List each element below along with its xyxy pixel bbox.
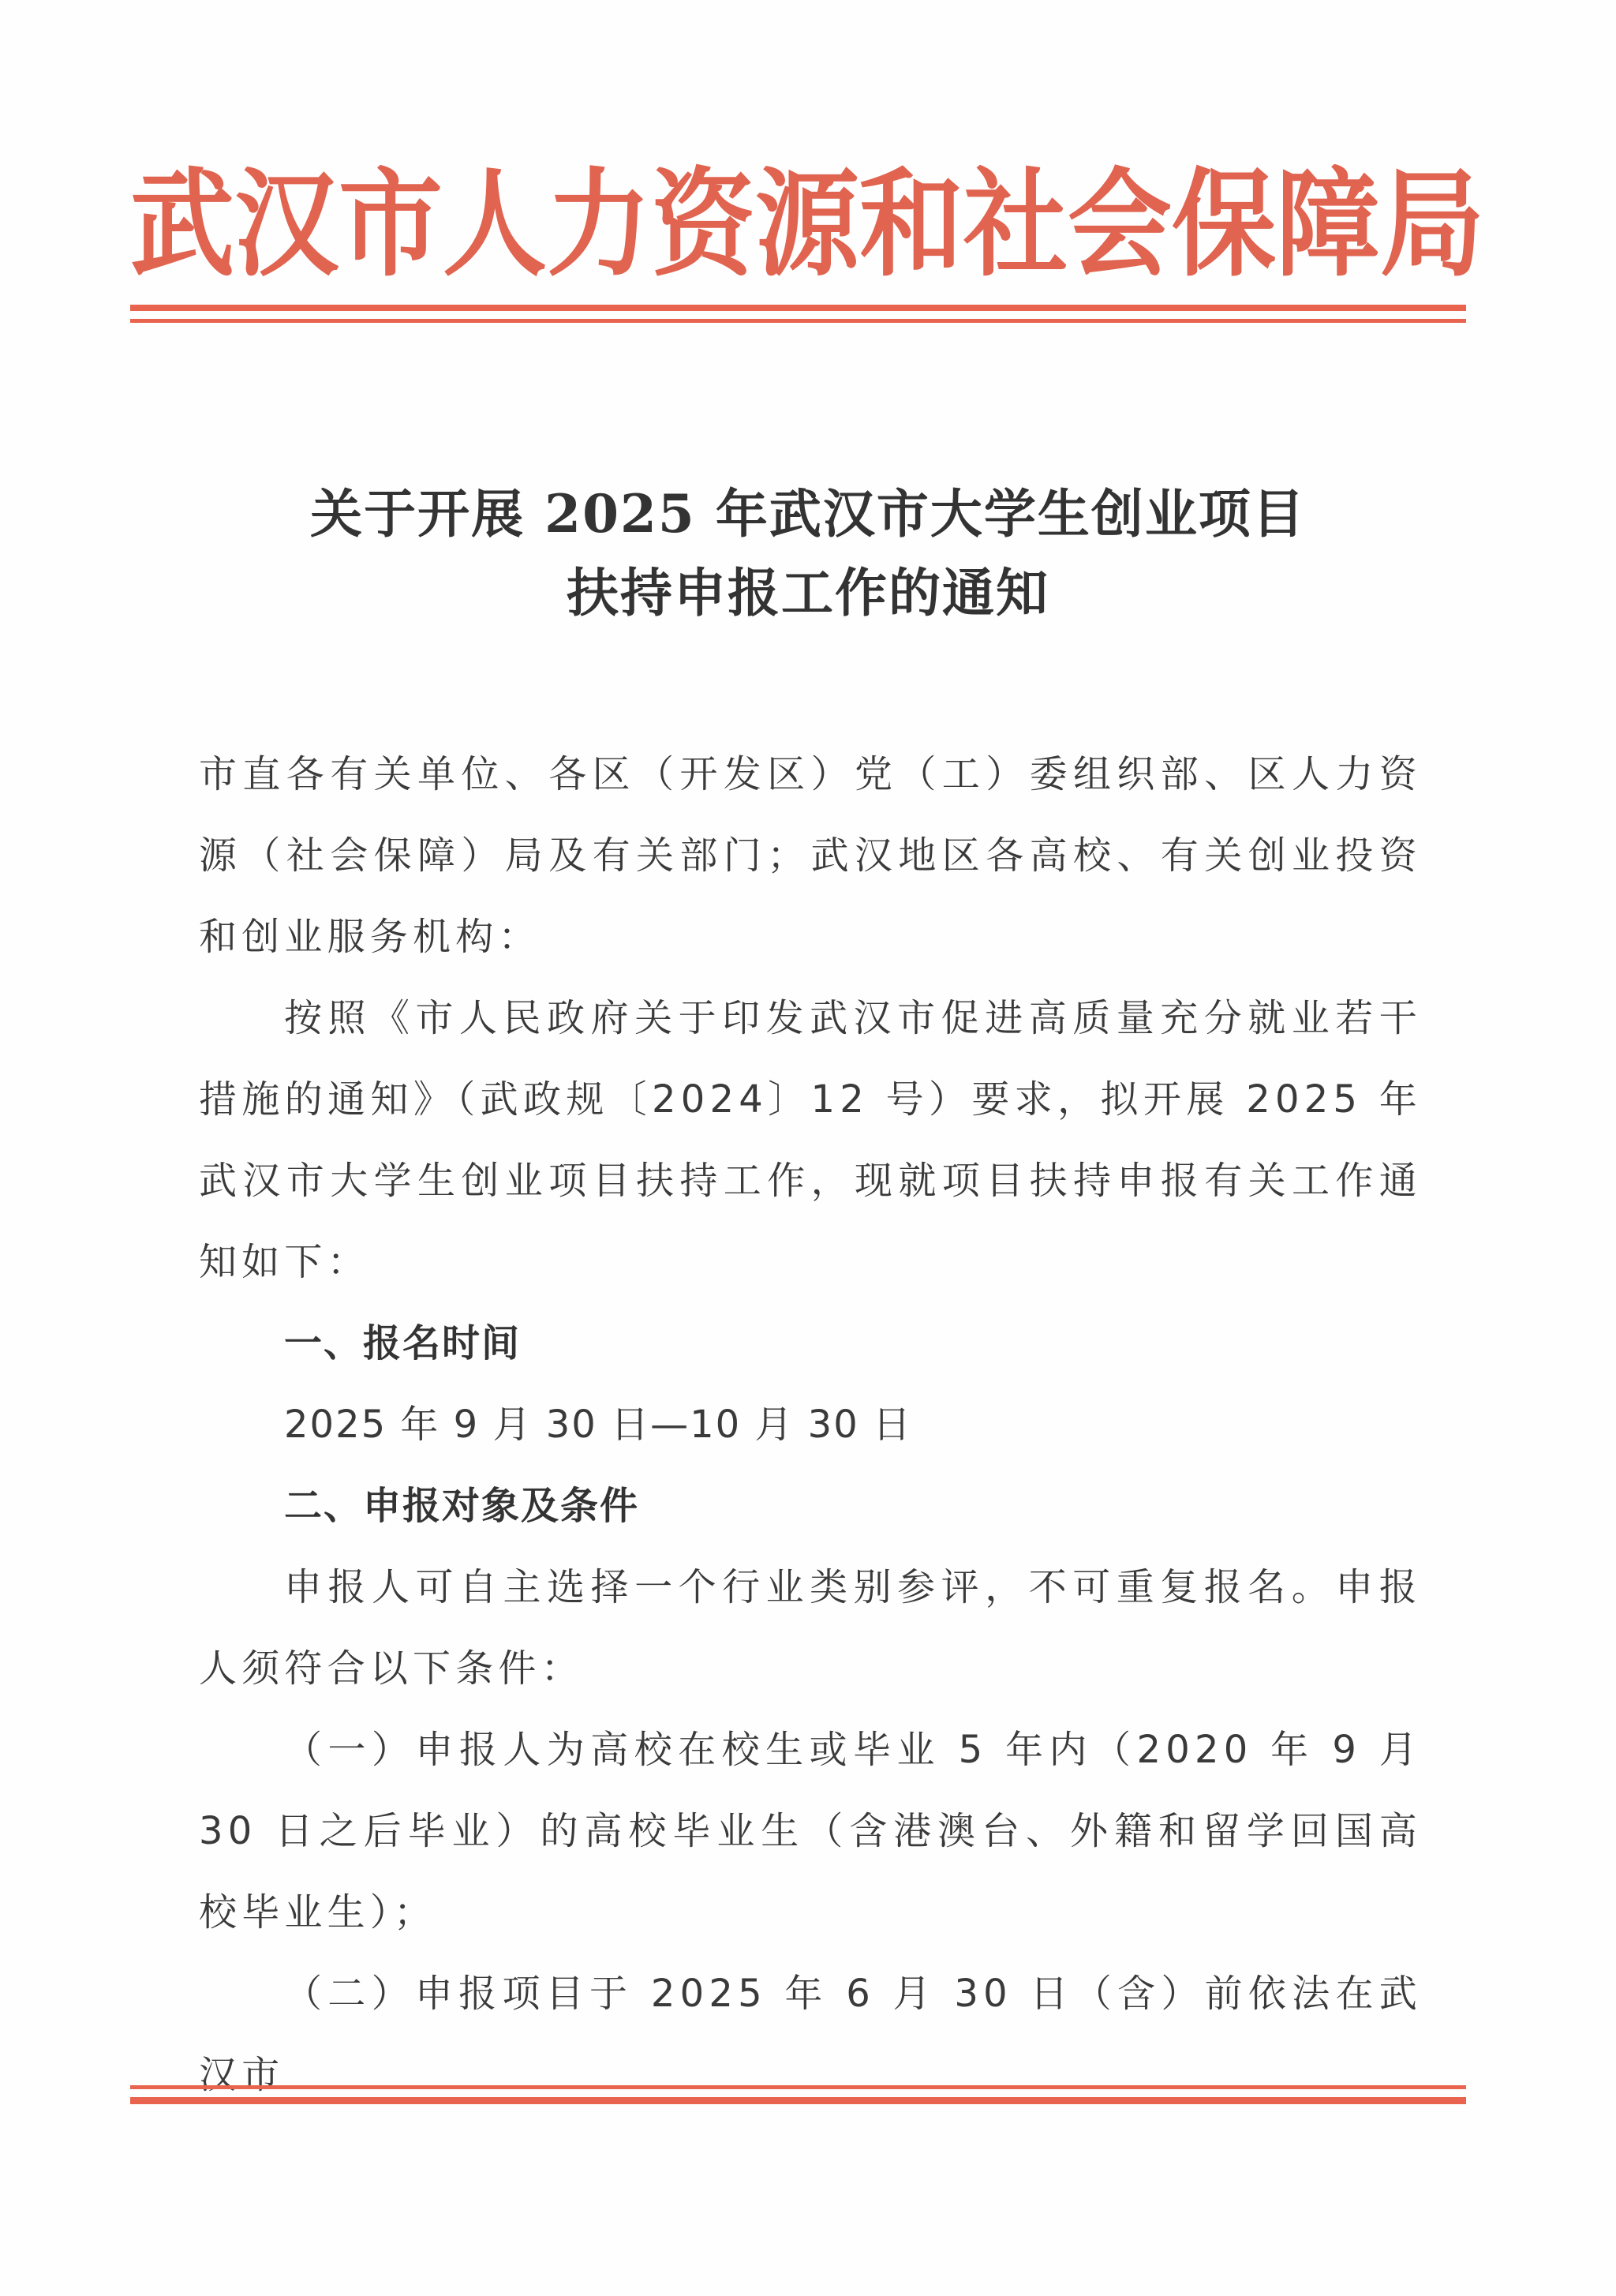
letterhead-char: 力: [547, 167, 651, 283]
letterhead-title: 武 汉 市 人 力 资 源 和 社 会 保 障 局: [130, 154, 1468, 295]
letterhead-char: 保: [1172, 167, 1276, 283]
letterhead-char: 资: [651, 167, 755, 283]
letterhead-char: 人: [443, 167, 547, 283]
document-title-line-1: 关于开展 2025 年武汉市大学生创业项目: [0, 488, 1616, 540]
document-page: 武 汉 市 人 力 资 源 和 社 会 保 障 局 关于开展 2025 年武汉市…: [0, 0, 1616, 2296]
section-2-intro: 申报人可自主选择一个行业类别参评，不可重复报名。申报人须符合以下条件：: [199, 1547, 1422, 1710]
document-body: 市直各有关单位、各区（开发区）党（工）委组织部、区人力资源（社会保障）局及有关部…: [199, 734, 1422, 2116]
letterhead-char: 市: [339, 167, 443, 283]
letterhead-divider-thin: [130, 319, 1466, 323]
letterhead-char: 和: [859, 167, 963, 283]
condition-item-1: （一）申报人为高校在校生或毕业 5 年内（2020 年 9 月 30 日之后毕业…: [199, 1710, 1422, 1953]
addressee: 市直各有关单位、各区（开发区）党（工）委组织部、区人力资源（社会保障）局及有关部…: [199, 734, 1422, 978]
letterhead-char: 会: [1068, 167, 1172, 283]
letterhead-char: 汉: [234, 167, 339, 283]
footer-divider-thick: [130, 2097, 1466, 2104]
intro-paragraph: 按照《市人民政府关于印发武汉市促进高质量充分就业若干措施的通知》（武政规〔202…: [199, 978, 1422, 1303]
letterhead-char: 源: [755, 167, 859, 283]
letterhead-char: 武: [130, 167, 234, 283]
letterhead-divider-thick: [130, 305, 1466, 311]
letterhead-char: 局: [1380, 167, 1484, 283]
document-title-line-2: 扶持申报工作的通知: [0, 567, 1616, 619]
registration-period: 2025 年 9 月 30 日—10 月 30 日: [199, 1384, 1422, 1466]
section-heading-1: 一、报名时间: [199, 1303, 1422, 1384]
condition-item-2: （二）申报项目于 2025 年 6 月 30 日（含）前依法在武汉市: [199, 1953, 1422, 2116]
letterhead-char: 障: [1276, 167, 1380, 283]
letterhead-char: 社: [963, 167, 1068, 283]
section-heading-2: 二、申报对象及条件: [199, 1466, 1422, 1547]
footer-divider-thin: [130, 2085, 1466, 2089]
